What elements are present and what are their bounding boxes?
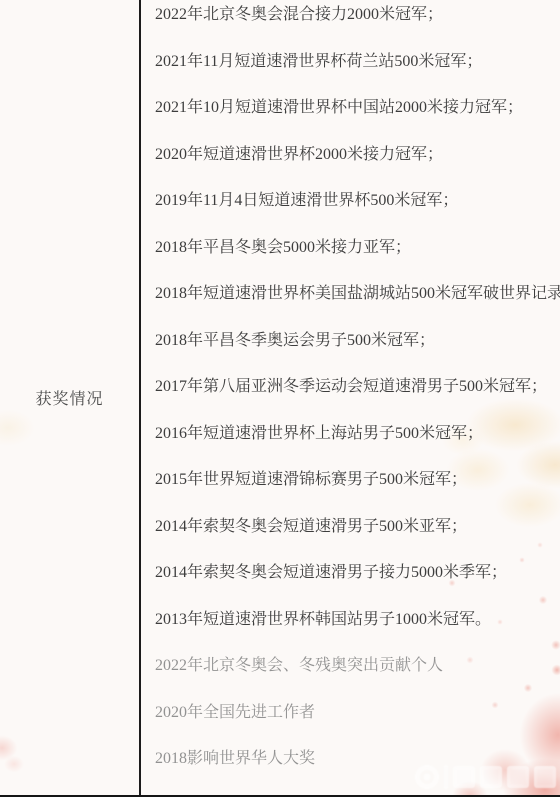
row-header-cell: 获奖情况 xyxy=(0,0,141,795)
award-row: 2020年短道速滑世界杯2000米接力冠军； xyxy=(155,146,554,164)
award-row: 2018年短道速滑世界杯美国盐湖城站500米冠军破世界记录； xyxy=(155,285,554,303)
award-row: 2022年北京冬奥会混合接力2000米冠军； xyxy=(155,6,554,24)
award-row: 2018影响世界华人大奖 xyxy=(155,750,554,768)
awards-cell: 2022年北京冬奥会混合接力2000米冠军；2021年11月短道速滑世界杯荷兰站… xyxy=(141,0,560,795)
award-row: 2021年10月短道速滑世界杯中国站2000米接力冠军； xyxy=(155,99,554,117)
award-row: 2014年索契冬奥会短道速滑男子500米亚军； xyxy=(155,518,554,536)
row-header-label: 获奖情况 xyxy=(35,386,103,409)
awards-page: 获奖情况 2022年北京冬奥会混合接力2000米冠军；2021年11月短道速滑世… xyxy=(0,0,560,797)
award-row: 2019年11月4日短道速滑世界杯500米冠军； xyxy=(155,192,554,210)
awards-table: 获奖情况 2022年北京冬奥会混合接力2000米冠军；2021年11月短道速滑世… xyxy=(0,0,560,797)
award-row: 2016年短道速滑世界杯上海站男子500米冠军； xyxy=(155,425,554,443)
awards-list: 2022年北京冬奥会混合接力2000米冠军；2021年11月短道速滑世界杯荷兰站… xyxy=(155,6,554,768)
award-row: 2022年北京冬奥会、冬残奥突出贡献个人 xyxy=(155,657,554,675)
award-row: 2014年索契冬奥会短道速滑男子接力5000米季军； xyxy=(155,564,554,582)
award-row: 2013年短道速滑世界杯韩国站男子1000米冠军。 xyxy=(155,611,554,629)
award-row: 2018年平昌冬季奥运会男子500米冠军； xyxy=(155,332,554,350)
award-row: 2021年11月短道速滑世界杯荷兰站500米冠军； xyxy=(155,53,554,71)
award-row: 2015年世界短道速滑锦标赛男子500米冠军； xyxy=(155,471,554,489)
award-row: 2017年第八届亚洲冬季运动会短道速滑男子500米冠军； xyxy=(155,378,554,396)
award-row: 2018年平昌冬奥会5000米接力亚军； xyxy=(155,239,554,257)
award-row: 2020年全国先进工作者 xyxy=(155,704,554,722)
